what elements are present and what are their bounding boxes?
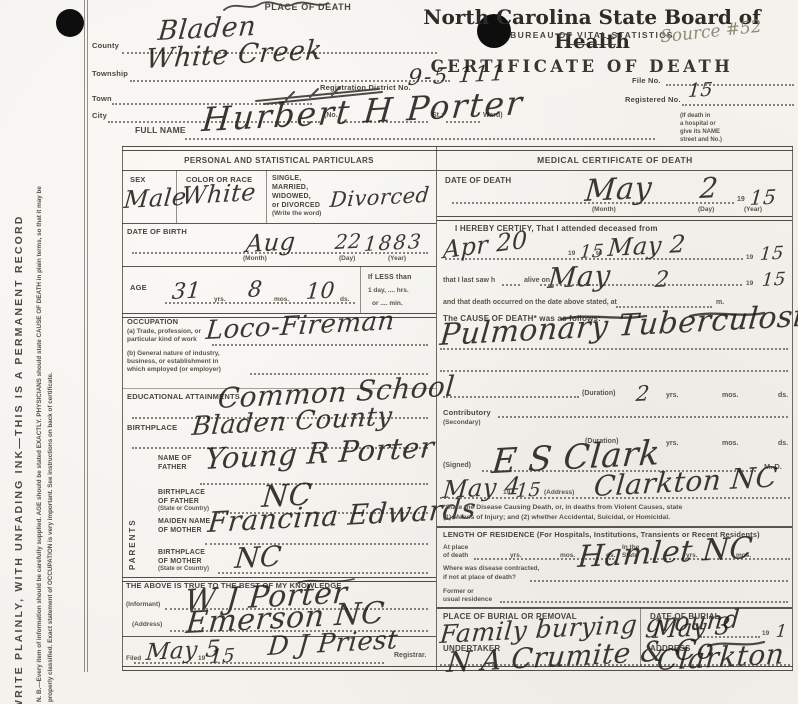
marital-value: Divorced: [329, 183, 431, 212]
dod-year-prefix: 19: [737, 196, 745, 203]
former-residence-2: usual residence: [443, 596, 492, 603]
occ-a-line-2: particular kind of work: [127, 336, 201, 344]
contracted-label-2: if not at place of death?: [443, 574, 516, 581]
dod-year-sublabel: (Year): [744, 206, 762, 213]
last-saw-line: [540, 284, 742, 286]
father-birthplace-label: BIRTHPLACE OF FATHER: [158, 489, 205, 506]
father-bp-label-2: OF FATHER: [158, 498, 205, 507]
sex-value: Male: [123, 183, 188, 214]
mother-birthplace-line: [218, 572, 428, 574]
dod-day-value: 2: [699, 171, 720, 205]
registrar-signature: D J Priest: [267, 625, 400, 662]
father-label-1: NAME OF: [158, 455, 192, 464]
informant-address-label: (Address): [132, 621, 162, 628]
last-saw-text-1: that I last saw h: [443, 277, 495, 284]
contributory-ds-label: ds.: [778, 440, 788, 447]
registered-no-line: [682, 104, 794, 106]
registered-no-label: Registered No.: [625, 96, 681, 105]
registered-no-value: 15: [687, 79, 714, 102]
contributory-line: [498, 416, 788, 418]
occ-b-line-1: (b) General nature of industry,: [127, 350, 221, 358]
box-left-border: [122, 146, 123, 670]
dob-day-sublabel: (Day): [339, 255, 355, 262]
father-name-line: [200, 483, 428, 485]
filed-line: [134, 662, 384, 664]
dob-year-value: 1883: [363, 229, 424, 256]
footnote-line-1: *State the Disease Causing Death, or, in…: [443, 504, 682, 511]
personal-heading-rule: [122, 170, 436, 171]
cause-line-1: [440, 348, 788, 350]
last-saw-blank: [502, 284, 520, 286]
margin-instruction-line-2: properly classified. Exact statement of …: [47, 4, 58, 702]
dob-month-sublabel: (Month): [243, 255, 267, 262]
mother-label-1: MAIDEN NAME: [158, 518, 210, 527]
contracted-line: [530, 580, 788, 582]
death-occurred-text: and that death occurred on the date abov…: [443, 299, 617, 306]
burial-year-prefix: 19: [762, 630, 769, 637]
death-certificate-scan: WRITE PLAINLY, WITH UNFADING INK—THIS IS…: [0, 0, 798, 704]
hospital-note-line-2: a hospital or: [680, 120, 722, 128]
attended-to-label: to: [596, 250, 602, 257]
marital-note: (Write the word): [272, 210, 321, 217]
town-label: Town: [92, 95, 112, 104]
former-residence-line: [500, 601, 788, 603]
signed-address-label: (Address): [544, 489, 574, 496]
father-bp-label-1: BIRTHPLACE: [158, 489, 205, 498]
file-no-line: [666, 84, 794, 86]
occ-b-line-3: which employed (or employer): [127, 366, 221, 374]
dod-day-sublabel: (Day): [698, 206, 714, 213]
footnote-rule: [437, 526, 792, 528]
mother-birthplace-label: BIRTHPLACE OF MOTHER: [158, 549, 205, 566]
marital-label-1: SINGLE,: [272, 174, 320, 183]
age-label: AGE: [130, 284, 147, 293]
signed-label: (Signed): [443, 462, 471, 469]
occ-b-line-2: business, or establishment in: [127, 358, 221, 366]
medical-heading-rule: [437, 170, 792, 171]
occupation-a-label: (a) Trade, profession, or particular kin…: [127, 328, 201, 344]
box-center-divider: [436, 146, 437, 670]
margin-warning-text: WRITE PLAINLY, WITH UNFADING INK—THIS IS…: [13, 55, 33, 704]
age-months-value: 8: [247, 277, 264, 303]
contributory-label: Contributory: [443, 409, 491, 418]
informant-label: (Informant): [126, 601, 160, 608]
age-less-1: If LESS than: [368, 274, 412, 282]
birthplace-label: BIRTHPLACE: [127, 424, 177, 433]
marital-label-2: MARRIED,: [272, 183, 320, 192]
margin-rule-inner: [87, 0, 88, 672]
last-saw-year-prefix: 19: [746, 280, 753, 287]
mother-bp-label-1: BIRTHPLACE: [158, 549, 205, 558]
parents-vertical-label: PARENTS: [128, 470, 140, 570]
cause-duration-blank: [443, 396, 579, 398]
residence-at-place-1: At place: [443, 544, 468, 551]
cause-ds-label: ds.: [778, 392, 788, 399]
occupation-b-label: (b) General nature of industry, business…: [127, 350, 221, 374]
bureau-underline: [568, 44, 616, 45]
residence-at-place-2: of death: [443, 552, 468, 559]
burial-bottom-line: [440, 664, 790, 666]
signed-date-line: [440, 497, 790, 499]
attended-to-year-prefix: 19: [746, 254, 753, 261]
contributory-mos-label: mos.: [722, 440, 738, 447]
dob-month-value: Aug: [245, 227, 297, 258]
marital-label: SINGLE, MARRIED, WIDOWED, or DIVORCED: [272, 174, 320, 210]
footnote-line-2: (1) Means of Injury; and (2) whether Acc…: [443, 514, 670, 521]
township-label: Township: [92, 70, 128, 79]
filed-year-prefix: 19: [198, 655, 205, 662]
filed-label: Filed: [126, 655, 141, 662]
dod-month-sublabel: (Month): [592, 206, 616, 213]
township-line: [130, 80, 450, 82]
contributory-yrs-label: yrs.: [666, 440, 678, 447]
secondary-label: (Secondary): [443, 419, 481, 426]
cause-duration-value: 2: [635, 381, 651, 406]
cause-mos-label: mos.: [722, 392, 738, 399]
age-less-2: 1 day, .... hrs.: [368, 287, 409, 294]
filed-year-value: 15: [209, 645, 236, 668]
contracted-label-1: Where was disease contracted,: [443, 565, 539, 572]
hospital-note-line-3: give its NAME: [680, 128, 722, 136]
mother-label-2: OF MOTHER: [158, 527, 210, 536]
city-label: City: [92, 112, 107, 121]
attended-from-year-prefix: 19: [568, 250, 575, 257]
cause-duration-label: (Duration): [582, 390, 615, 397]
age-line: [165, 302, 355, 304]
former-residence-1: Former or: [443, 588, 474, 595]
dod-label: DATE OF DEATH: [445, 176, 511, 185]
dob-year-sublabel: (Year): [388, 255, 406, 262]
residence-mos-1: mos.: [560, 552, 575, 559]
race-marital-divider: [266, 170, 267, 223]
sex-label: SEX: [130, 176, 146, 185]
signed-year-prefix: 19: [503, 489, 510, 496]
full-name-label: FULL NAME: [135, 126, 186, 136]
signed-date-value: May 4: [442, 472, 522, 504]
marital-label-4: or DIVORCED: [272, 201, 320, 210]
mother-bp-note: (State or Country): [158, 566, 209, 572]
mother-birthplace-value: NC: [234, 539, 284, 575]
place-of-death-heading: PLACE OF DEATH: [243, 2, 373, 12]
father-bp-note: (State or Country): [158, 506, 209, 512]
last-saw-text-2: alive on: [524, 277, 550, 284]
marital-label-3: WIDOWED,: [272, 192, 320, 201]
sex-row-rule: [122, 223, 436, 224]
box-right-border: [792, 146, 793, 670]
medical-section-heading: MEDICAL CERTIFICATE OF DEATH: [437, 156, 793, 166]
last-saw-year-value: 15: [761, 269, 787, 291]
dod-row-rule: [437, 216, 792, 221]
mother-bp-label-2: OF MOTHER: [158, 558, 205, 567]
dob-day-value: 22: [334, 229, 363, 255]
personal-section-heading: PERSONAL AND STATISTICAL PARTICULARS: [122, 156, 436, 165]
father-label-2: FATHER: [158, 464, 192, 473]
registrar-label: Registrar.: [394, 652, 426, 659]
hospital-note: (If death in a hospital or give its NAME…: [680, 112, 722, 144]
box-top-rule: [122, 146, 793, 151]
occ-a-line-1: (a) Trade, profession, or: [127, 328, 201, 336]
undertaker-address-value: Clarkton: [656, 637, 786, 677]
dob-row-rule: [122, 266, 436, 267]
county-label: County: [92, 42, 119, 51]
margin-rule-outer: [84, 0, 85, 672]
cause-yrs-label: yrs.: [666, 392, 678, 399]
last-saw-month-value: May: [547, 259, 613, 295]
age-divider: [360, 266, 361, 313]
margin-instruction-line-1: N. B.—Every item of information should b…: [36, 4, 47, 702]
father-name-label: NAME OF FATHER: [158, 455, 192, 472]
mother-name-label: MAIDEN NAME OF MOTHER: [158, 518, 210, 535]
dob-label: DATE OF BIRTH: [127, 228, 187, 237]
cause-line-2: [440, 370, 788, 372]
hole-punch-left: [56, 9, 84, 37]
file-no-label: File No.: [632, 77, 661, 86]
last-saw-day-value: 2: [654, 267, 671, 293]
attended-to-year-value: 15: [759, 243, 785, 265]
residence-yrs-1: yrs.: [510, 552, 522, 559]
race-value: White: [181, 178, 258, 210]
occupation-label: OCCUPATION: [127, 318, 178, 327]
hospital-note-line-1: (If death in: [680, 112, 722, 120]
dod-line: [452, 202, 734, 204]
full-name-value: Hurbert H Porter: [200, 83, 525, 139]
occupation-a-line: [212, 344, 428, 346]
full-name-line: [185, 138, 655, 140]
hospital-note-line-4: street and No.): [680, 136, 722, 144]
